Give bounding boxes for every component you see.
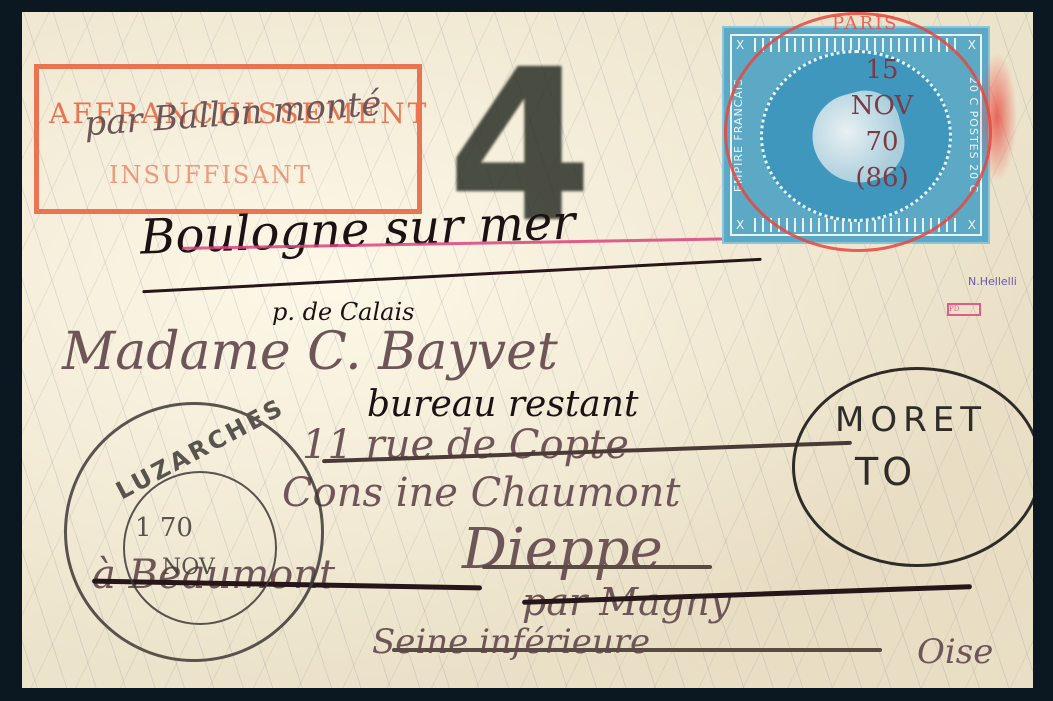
address-line-1: bureau restant (367, 384, 638, 425)
postal-cover: AFFRANCHISSEMENT INSUFFISANT 4 par Ballo… (22, 12, 1033, 688)
datestamp-year-value: 70 (160, 513, 193, 543)
datestamp-inner-ring (123, 471, 277, 625)
violet-handstamp: N.Hellelli (968, 275, 1017, 288)
moret-datestamp: MORET TO (792, 367, 1033, 567)
region: Oise (917, 632, 993, 672)
corner-x-icon: X (968, 38, 976, 52)
address-line-3: Cons ine Chaumont (282, 470, 680, 516)
datestamp-day: 1 70 (135, 513, 193, 543)
moret-line1: MORET (835, 400, 987, 440)
corner-x-icon: X (736, 38, 744, 52)
pink-boxed-mark: PD (947, 303, 981, 316)
stamp-datestamp: 15 NOV 70 (86) (822, 52, 942, 212)
stamp-date-year: 70 (822, 124, 942, 160)
address-line-5: Dieppe (462, 517, 663, 582)
strike-line-5 (482, 565, 712, 569)
stamp-date-day: 15 (822, 52, 942, 88)
red-ink-smudge (977, 52, 1017, 182)
datestamp-month: NOV (162, 555, 215, 580)
datestamp-day-value: 1 (135, 513, 152, 543)
cachet-line2: INSUFFISANT (109, 161, 312, 189)
stamp-date-month: NOV (822, 88, 942, 124)
corner-x-icon: X (968, 218, 976, 232)
luzarches-datestamp: LUZARCHES 1 70 NOV (64, 402, 324, 662)
corner-x-icon: X (736, 218, 744, 232)
stamp-date-office: (86) (822, 160, 942, 196)
moret-line2: TO (855, 450, 916, 494)
address-line-7: Seine inférieure (372, 622, 650, 662)
red-cancel-text: PARIS (832, 13, 898, 34)
addressee: Madame C. Bayvet (62, 322, 558, 382)
strike-line-7 (392, 648, 882, 652)
